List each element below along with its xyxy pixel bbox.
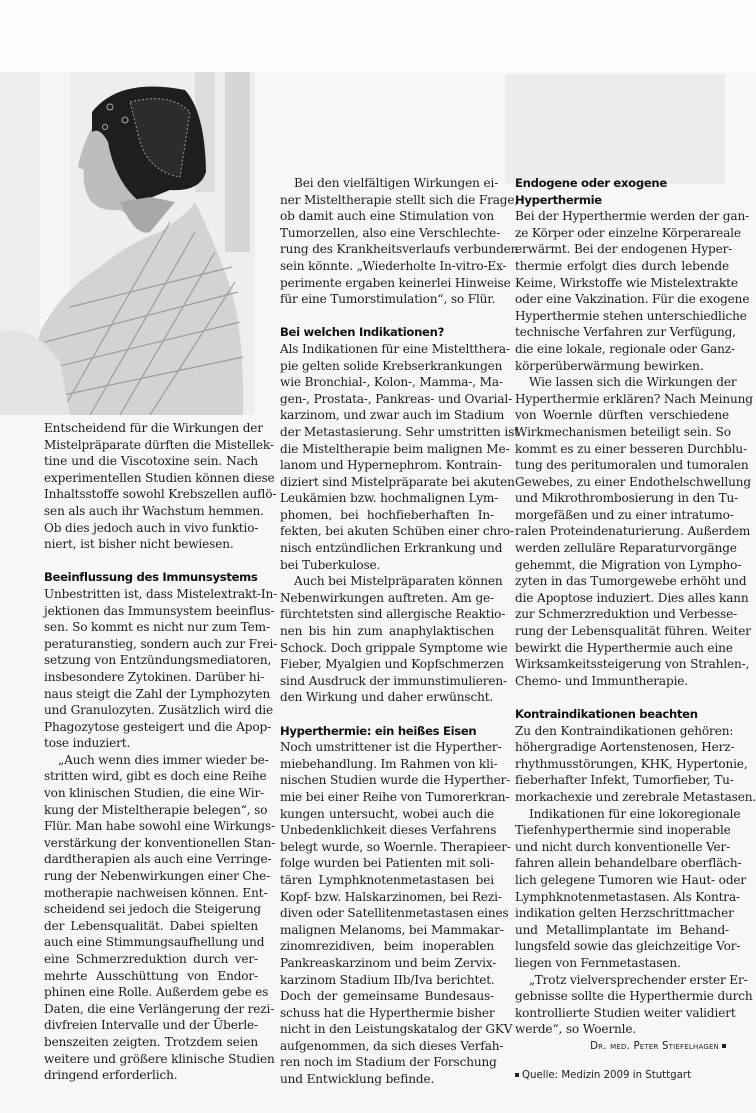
paragraph-line: Doch der gemeinsame Bundesaus-	[280, 988, 494, 1005]
author-byline: Dr. med. Peter Stiefelhagen	[515, 1038, 729, 1056]
paragraph-line: folge wurden bei Patienten mit soli-	[280, 855, 494, 872]
paragraph-line: die eine lokale, regionale oder Ganz-	[515, 341, 729, 358]
paragraph-line: den Wirkung und daher erwünscht.	[280, 689, 494, 706]
paragraph-line: nisch entzündlichen Erkrankung und	[280, 540, 494, 557]
paragraph-line: miebehandlung. Im Rahmen von kli-	[280, 756, 494, 773]
bleed-through-panel	[505, 74, 725, 184]
section-gap	[44, 553, 258, 570]
paragraph-line: Fieber, Myalgien und Kopfschmerzen	[280, 656, 494, 673]
paragraph-line: und Mikrothrombosierung in den Tu-	[515, 490, 729, 507]
paragraph-line: fahren allein behandelbare oberfläch-	[515, 855, 729, 872]
paragraph-line: für eine Tumorstimulation“, so Flür.	[280, 291, 494, 308]
paragraph-line: von klinischen Studien, die eine Wir-	[44, 785, 258, 802]
paragraph-line: und Granulozyten. Zusätzlich wird die	[44, 702, 258, 719]
paragraph-line: verstärkung der konventionellen Stan-	[44, 835, 258, 852]
paragraph-line: diven oder Satellitenmetastasen eines	[280, 905, 494, 922]
paragraph-line: stritten wird, gibt es doch eine Reihe	[44, 768, 258, 785]
paragraph-line: Wirkmechanismen beteiligt sein. So	[515, 424, 729, 441]
article-column-3: Endogene oder exogeneHyperthermieBei der…	[515, 175, 729, 1084]
section-heading: Endogene oder exogene	[515, 175, 729, 192]
paragraph-line: kommt es zu einer besseren Durchblu-	[515, 441, 729, 458]
section-heading: Beeinflussung des Immunsystems	[44, 569, 258, 586]
paragraph-line: sen. So kommt es nicht nur zum Tem-	[44, 619, 258, 636]
paragraph-line: liegen von Fernmetastasen.	[515, 955, 729, 972]
section-gap	[280, 308, 494, 325]
paragraph-line: malignen Melanoms, bei Mammakar-	[280, 922, 494, 939]
paragraph-line: Pankreaskarzinom und beim Zervix-	[280, 955, 494, 972]
paragraph-line: Zu den Kontraindikationen gehören:	[515, 723, 729, 740]
article-photo	[0, 72, 255, 415]
paragraph-line: kung der Misteltherapie belegen“, so	[44, 802, 258, 819]
paragraph-line: tose induziert.	[44, 735, 258, 752]
paragraph-line: motherapie nachweisen können. Ent-	[44, 885, 258, 902]
paragraph-line: Hyperthermie erklären? Nach Meinung	[515, 391, 729, 408]
paragraph-line: Inhaltsstoffe sowohl Krebszellen auflö-	[44, 486, 258, 503]
paragraph-line: zur Schmerzreduktion und Verbesse-	[515, 606, 729, 623]
paragraph-line: wie Bronchial-, Kolon-, Mamma-, Ma-	[280, 374, 494, 391]
paragraph-line: mie bei einer Reihe von Tumorerkran-	[280, 789, 494, 806]
paragraph-line: peraturanstieg, sondern auch zur Frei-	[44, 636, 258, 653]
paragraph-line: mehrte Ausschüttung von Endor-	[44, 968, 258, 985]
paragraph-line: die Apoptose induziert. Dies alles kann	[515, 590, 729, 607]
paragraph-line: setzung von Entzündungsmediatoren,	[44, 652, 258, 669]
paragraph-line: zyten in das Tumorgewebe erhöht und	[515, 573, 729, 590]
paragraph-line: bei Tuberkulose.	[280, 557, 494, 574]
paragraph-line: werde“, so Woernle.	[515, 1021, 729, 1038]
paragraph-line: Lymphknotenmetastasen. Als Kontra-	[515, 889, 729, 906]
end-square-icon	[722, 1044, 726, 1048]
paragraph-line: Unbestritten ist, dass Mistelextrakt-In-	[44, 586, 258, 603]
paragraph-line: Als Indikationen für eine Misteltthera-	[280, 341, 494, 358]
paragraph-line: und nicht durch konventionelle Ver-	[515, 839, 729, 856]
paragraph-line: und Entwicklung befinde.	[280, 1071, 494, 1088]
paragraph-line: Kopf- bzw. Halskarzinomen, bei Rezi-	[280, 889, 494, 906]
paragraph-line: fürchtetsten sind allergische Reaktio-	[280, 606, 494, 623]
paragraph-line: rung der Nebenwirkungen einer Che-	[44, 868, 258, 885]
paragraph-line: rung des Krankheitsverlaufs verbunden	[280, 241, 494, 258]
section-gap	[515, 689, 729, 706]
paragraph-line: Wirksamkeitssteigerung von Strahlen-,	[515, 656, 729, 673]
paragraph-line: der Metastasierung. Sehr umstritten ist	[280, 424, 494, 441]
paragraph-line: gehemmt, die Migration von Lympho-	[515, 557, 729, 574]
section-gap	[280, 706, 494, 723]
paragraph-line: eine Schmerzreduktion durch ver-	[44, 951, 258, 968]
paragraph-line: Schock. Doch grippale Symptome wie	[280, 640, 494, 657]
paragraph-line: lanom und Hypernephrom. Kontrain-	[280, 457, 494, 474]
section-heading: Hyperthermie	[515, 192, 729, 209]
paragraph-line: Indikationen für eine lokoregionale	[515, 806, 729, 823]
paragraph-line: jektionen das Immunsystem beeinflus-	[44, 603, 258, 620]
paragraph-line: phomen, bei hochfieberhaften In-	[280, 507, 494, 524]
paragraph-line: von Woernle dürften verschiedene	[515, 407, 729, 424]
paragraph-line: oder eine Vakzination. Für die exogene	[515, 291, 729, 308]
paragraph-line: ren noch im Stadium der Forschung	[280, 1054, 494, 1071]
author-name: Dr. med. Peter Stiefelhagen	[590, 1041, 719, 1052]
paragraph-line: Entscheidend für die Wirkungen der	[44, 420, 258, 437]
paragraph-line: kungen untersucht, wobei auch die	[280, 806, 494, 823]
paragraph-line: zinomrezidiven, beim inoperablen	[280, 938, 494, 955]
page-top-margin	[0, 0, 756, 72]
paragraph-line: tären Lymphknotenmetastasen bei	[280, 872, 494, 889]
paragraph-line: naus steigt die Zahl der Lymphozyten	[44, 686, 258, 703]
paragraph-line: erwärmt. Bei der endogenen Hyper-	[515, 241, 729, 258]
paragraph-line: insbesondere Zytokinen. Darüber hi-	[44, 669, 258, 686]
paragraph-line: Gewebes, zu einer Endothelschwellung	[515, 474, 729, 491]
paragraph-line: pie gelten solide Krebserkrankungen	[280, 358, 494, 375]
section-heading: Bei welchen Indikationen?	[280, 324, 494, 341]
paragraph-line: rhythmusstörungen, KHK, Hypertonie,	[515, 756, 729, 773]
paragraph-line: „Auch wenn dies immer wieder be-	[44, 752, 258, 769]
paragraph-line: Phagozytose gesteigert und die Apop-	[44, 719, 258, 736]
paragraph-line: fekten, bei akuten Schüben einer chro-	[280, 523, 494, 540]
paragraph-line: Leukämien bzw. hochmalignen Lym-	[280, 490, 494, 507]
bullet-square-icon	[515, 1073, 519, 1077]
paragraph-line: „Trotz vielversprechender erster Er-	[515, 972, 729, 989]
paragraph-line: Chemo- und Immuntherapie.	[515, 673, 729, 690]
paragraph-line: diziert sind Mistelpräparate bei akuten	[280, 474, 494, 491]
paragraph-line: dardtherapien als auch eine Verringe-	[44, 851, 258, 868]
paragraph-line: gen-, Prostata-, Pankreas- und Ovarial-	[280, 391, 494, 408]
paragraph-line: thermie erfolgt dies durch lebende	[515, 258, 729, 275]
paragraph-line: scheidend sei jedoch die Steigerung	[44, 901, 258, 918]
paragraph-line: lich gelegene Tumoren wie Haut- oder	[515, 872, 729, 889]
paragraph-line: kontrollierte Studien weiter validiert	[515, 1005, 729, 1022]
paragraph-line: Unbedenklichkeit dieses Verfahrens	[280, 822, 494, 839]
paragraph-line: experimentellen Studien können diese	[44, 470, 258, 487]
paragraph-line: belegt wurde, so Woernle. Therapieer-	[280, 839, 494, 856]
paragraph-line: tine und die Viscotoxine sein. Nach	[44, 453, 258, 470]
paragraph-line: benszeiten zeigten. Trotzdem seien	[44, 1034, 258, 1051]
paragraph-line: gebnisse sollte die Hyperthermie durch	[515, 988, 729, 1005]
paragraph-line: Flür. Man habe sowohl eine Wirkungs-	[44, 818, 258, 835]
paragraph-line: Auch bei Mistelpräparaten können	[280, 573, 494, 590]
paragraph-line: lungsfeld sowie das gleichzeitige Vor-	[515, 938, 729, 955]
paragraph-line: Tumorzellen, also eine Verschlechte-	[280, 225, 494, 242]
paragraph-line: Ob dies jedoch auch in vivo funktio-	[44, 520, 258, 537]
paragraph-line: fieberhafter Infekt, Tumorfieber, Tu-	[515, 772, 729, 789]
paragraph-line: werden zelluläre Reparaturvorgänge	[515, 540, 729, 557]
photo-patient-headscarf-icon	[0, 72, 255, 415]
paragraph-line: karzinom, und zwar auch im Stadium	[280, 407, 494, 424]
paragraph-line: sind Ausdruck der immunstimulieren-	[280, 673, 494, 690]
paragraph-line: nicht in den Leistungskatalog der GKV	[280, 1021, 494, 1038]
source-text: Quelle: Medizin 2009 in Stuttgart	[522, 1070, 691, 1081]
paragraph-line: der Lebensqualität. Dabei spielten	[44, 918, 258, 935]
paragraph-line: die Misteltherapie beim malignen Me-	[280, 441, 494, 458]
section-heading: Kontraindikationen beachten	[515, 706, 729, 723]
paragraph-line: Wie lassen sich die Wirkungen der	[515, 374, 729, 391]
paragraph-line: auch eine Stimmungsaufhellung und	[44, 934, 258, 951]
paragraph-line: technische Verfahren zur Verfügung,	[515, 324, 729, 341]
paragraph-line: sen als auch ihr Wachstum hemmen.	[44, 503, 258, 520]
paragraph-line: phinen eine Rolle. Außerdem gebe es	[44, 984, 258, 1001]
paragraph-line: höhergradige Aortenstenosen, Herz-	[515, 739, 729, 756]
paragraph-line: dringend erforderlich.	[44, 1067, 258, 1084]
paragraph-line: Daten, die eine Verlängerung der rezi-	[44, 1001, 258, 1018]
paragraph-line: perimente ergaben keinerlei Hinweise	[280, 275, 494, 292]
paragraph-line: aufgenommen, da sich dieses Verfah-	[280, 1038, 494, 1055]
paragraph-line: ze Körper oder einzelne Körperareale	[515, 225, 729, 242]
paragraph-line: Hyperthermie stehen unterschiedliche	[515, 308, 729, 325]
paragraph-line: Mistelpräparate dürften die Mistellek-	[44, 437, 258, 454]
paragraph-line: niert, ist bisher nicht bewiesen.	[44, 536, 258, 553]
section-heading: Hyperthermie: ein heißes Eisen	[280, 723, 494, 740]
paragraph-line: weitere und größere klinische Studien	[44, 1051, 258, 1068]
paragraph-line: schuss hat die Hyperthermie bisher	[280, 1005, 494, 1022]
paragraph-line: nischen Studien wurde die Hyperther-	[280, 772, 494, 789]
paragraph-line: nen bis hin zum anaphylaktischen	[280, 623, 494, 640]
paragraph-line: karzinom Stadium IIb/Iva berichtet.	[280, 972, 494, 989]
paragraph-line: ner Misteltherapie stellt sich die Frage…	[280, 192, 494, 209]
paragraph-line: morgefäßen und zu einer intratumo-	[515, 507, 729, 524]
paragraph-line: Noch umstrittener ist die Hyperther-	[280, 739, 494, 756]
article-column-2: Bei den vielfältigen Wirkungen ei-ner Mi…	[280, 175, 494, 1088]
paragraph-line: ob damit auch eine Stimulation von	[280, 208, 494, 225]
article-column-1: Entscheidend für die Wirkungen derMistel…	[44, 420, 258, 1084]
paragraph-line: morkachexie und zerebrale Metastasen.	[515, 789, 729, 806]
paragraph-line: ralen Proteindenaturierung. Außerdem	[515, 523, 729, 540]
paragraph-line: bewirkt die Hyperthermie auch eine	[515, 640, 729, 657]
paragraph-line: sein könnte. „Wiederholte In-vitro-Ex-	[280, 258, 494, 275]
paragraph-line: indikation gelten Herzschrittmacher	[515, 905, 729, 922]
paragraph-line: tung des peritumoralen und tumoralen	[515, 457, 729, 474]
paragraph-line: divfreien Intervalle und der Überle-	[44, 1017, 258, 1034]
paragraph-line: Bei der Hyperthermie werden der gan-	[515, 208, 729, 225]
paragraph-line: körperüberwärmung bewirken.	[515, 358, 729, 375]
paragraph-line: Tiefenhyperthermie sind inoperable	[515, 822, 729, 839]
paragraph-line: rung der Lebensqualität führen. Weiter	[515, 623, 729, 640]
paragraph-line: Nebenwirkungen auftreten. Am ge-	[280, 590, 494, 607]
paragraph-line: und Metallimplantate im Behand-	[515, 922, 729, 939]
paragraph-line: Bei den vielfältigen Wirkungen ei-	[280, 175, 494, 192]
source-note: Quelle: Medizin 2009 in Stuttgart	[515, 1068, 729, 1084]
paragraph-line: Keime, Wirkstoffe wie Mistelextrakte	[515, 275, 729, 292]
